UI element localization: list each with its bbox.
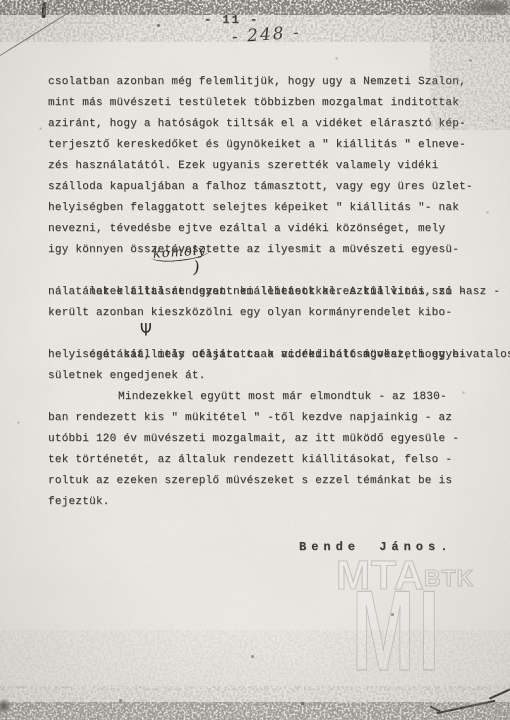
text-line: roltuk az ezeken szereplő müvészeket s e…	[48, 471, 488, 492]
text-line: aziránt, hogy a hatóságok tiltsák el a v…	[48, 114, 488, 135]
text-line-content: Mindezekkel együtt most már elmondtuk - …	[48, 391, 447, 403]
crease-mark	[0, 8, 76, 58]
text-line-with-insertion: letek által rendezett kiállitásokkal. A …	[48, 261, 488, 282]
text-line: nálatának eltiltását ugyan nem lehetett …	[48, 282, 488, 303]
ink-tick-mark	[41, 2, 46, 18]
scan-speck-dots	[0, 0, 1, 1]
text-line-content: aziránt, hogy a hatóságok tiltsák el a v…	[48, 118, 466, 130]
watermark-institute-text: MI	[352, 568, 443, 694]
text-line-paragraph-start: Mindezekkel együtt most már elmondtuk - …	[48, 387, 488, 408]
text-line-content: utóbbi 120 év müvészeti mozgalmait, az i…	[48, 433, 459, 445]
text-line-content: csolatban azonban még felemlitjük, hogy …	[48, 76, 466, 88]
scanned-document-page: MTA BTK MI - 11 - - 248 - csolatban azon…	[0, 0, 510, 720]
insertion-caret-mark: Ψ	[140, 318, 152, 342]
text-line: szálloda kapualjában a falhoz támasztott…	[48, 177, 488, 198]
pen-stroke-mark	[489, 686, 510, 699]
text-line: csolatban azonban még felemlitjük, hogy …	[48, 72, 488, 93]
pen-stroke-mark	[436, 700, 495, 714]
text-line-content: fejeztük.	[48, 496, 110, 508]
insertion-paren-mark: )	[192, 258, 202, 280]
text-line-content: helyiségben felaggatott selejtes képeike…	[48, 202, 459, 214]
scan-smudge-top-right	[466, 1, 508, 15]
text-line: nevezni, tévedésbe ejtve ezáltal a vidék…	[48, 219, 488, 240]
watermark-org-suffix-text: BTK	[424, 565, 474, 591]
watermark-org-text: MTA	[336, 552, 425, 598]
text-line: igy könnyen összetévesztette az ilyesmit…	[48, 240, 488, 261]
text-line-content: mint más müvészeti testületek többizben …	[48, 97, 459, 109]
text-line-content: helyiséget kiállitás céljára csak accred…	[48, 349, 466, 361]
handwritten-page-number: - 248 -	[231, 23, 301, 48]
text-line-content: nevezni, tévedésbe ejtve ezáltal a vidék…	[48, 223, 445, 235]
typed-page-number: - 11 -	[204, 13, 259, 27]
text-line: helyiséget kiállitás céljára csak accred…	[48, 345, 488, 366]
text-line: ban rendezett kis " mükitétel " -től kez…	[48, 408, 488, 429]
text-line-content: tek történetét, az általuk rendezett kiá…	[48, 454, 452, 466]
pen-stroke-mark	[430, 706, 440, 713]
text-line-content: terjesztő kereskedőket és ügynökeiket a …	[48, 139, 466, 151]
text-line: zés használatától. Ezek ugyanis szeretté…	[48, 156, 488, 177]
text-line: tek történetét, az általuk rendezett kiá…	[48, 450, 488, 471]
typewritten-text-block: csolatban azonban még felemlitjük, hogy …	[48, 72, 488, 513]
text-line: fejeztük.	[48, 492, 488, 513]
text-line: mint más müvészeti testületek többizben …	[48, 93, 488, 114]
text-line-content: ban rendezett kis " mükitétel " -től kez…	[48, 412, 452, 424]
text-line-content: roltuk az ezeken szereplő müvészeket s e…	[48, 475, 452, 487]
text-line: helyiségben felaggatott selejtes képeike…	[48, 198, 488, 219]
text-line-content: szálloda kapualjában a falhoz támasztott…	[48, 181, 473, 193]
handwritten-insertion-komoly: komoly	[151, 244, 211, 263]
text-line-content: nálatának eltiltását ugyan nem lehetett …	[48, 286, 466, 298]
text-line-content: sületnek engedjenek át.	[48, 370, 206, 382]
text-line: sületnek engedjenek át.	[48, 366, 488, 387]
scan-smudge-bottom-left	[0, 698, 11, 714]
text-line: került azonban kieszközölni egy olyan ko…	[48, 303, 488, 324]
text-line-content: zés használatától. Ezek ugyanis szeretté…	[48, 160, 439, 172]
text-line: utóbbi 120 év müvészeti mozgalmait, az i…	[48, 429, 488, 450]
text-line-content: igy könnyen összetévesztette az ilyesmit…	[48, 244, 459, 256]
text-line-content: került azonban kieszközölni egy olyan ko…	[48, 307, 452, 319]
text-line: terjesztő kereskedőket és ügynökeiket a …	[48, 135, 488, 156]
text-line-with-caret: csátását, mely utasitotta a vidéki hatós…	[48, 324, 488, 345]
author-signature: Bende János.	[299, 540, 452, 554]
